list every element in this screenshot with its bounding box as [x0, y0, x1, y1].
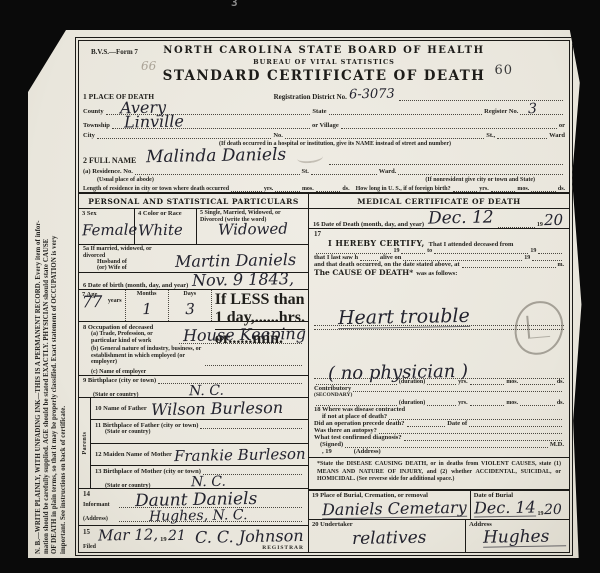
- signed-line: (Signed) M.D.: [314, 441, 564, 448]
- mother-value: Frankie Burleson: [174, 447, 306, 464]
- spouse-labels: 5a If married, widowed, or divorced Husb…: [83, 245, 175, 271]
- autopsy-line: Was there an autopsy?: [314, 427, 564, 434]
- spouse-value: Martin Daniels: [175, 252, 296, 270]
- city-row: City No. St., Ward (If death occurred in…: [79, 129, 569, 147]
- where-contracted-block: 18 Where was disease contracted if not a…: [314, 406, 564, 420]
- father-birthplace-label: 11 Birthplace of Father (city or town): [95, 422, 198, 429]
- contributory-block: Contributory (SECONDARY) (duration) yrs.: [314, 385, 564, 406]
- burial-year-printed: 19: [537, 511, 543, 517]
- city-st-label: St.,: [486, 132, 495, 139]
- mos-label: mos.: [302, 186, 314, 192]
- marital-value: Widowed: [218, 221, 305, 238]
- where-contracted-line: if not at place of death?: [314, 413, 564, 420]
- registrar-block: C. C. Johnson REGISTRAR: [189, 529, 304, 551]
- burial-date-cell: Date of Burial Dec. 14 19 20: [471, 491, 569, 519]
- margin-line-4: important. See instructions on back of c…: [60, 54, 68, 554]
- yrs-label: yrs.: [264, 186, 274, 192]
- birthplace-row: 9 Birthplace (city or town) (State or co…: [79, 376, 308, 398]
- dotted-line: [205, 362, 302, 366]
- village-label: or Village: [312, 122, 339, 129]
- occupation-industry-line: (b) General nature of industry, business…: [83, 346, 304, 366]
- dotted-line: [491, 188, 516, 192]
- death-occurred-label: and that death occurred, on the date sta…: [314, 261, 460, 268]
- photo-background: 3 N. B.—WRITE PLAINLY, WITH UNFADING INK…: [0, 0, 600, 573]
- cause-of-death-bold: The CAUSE OF DEATH*: [314, 268, 413, 277]
- parents-label: Parents: [82, 431, 88, 454]
- father-value: Wilson Burleson: [151, 400, 283, 418]
- mother-birthplace-row: 13 Birthplace of Mother (city or town) (…: [91, 466, 308, 488]
- township-label: Township: [83, 122, 110, 129]
- margin-line-2: mation should be carefully supplied. AGE…: [43, 54, 51, 554]
- village-suffix: or: [559, 122, 565, 129]
- register-no-field: 3: [520, 105, 563, 115]
- age-years-value: 77: [82, 294, 122, 311]
- footnote-text: *State the DISEASE CAUSING DEATH, or in …: [317, 461, 561, 484]
- full-name-row: 2 FULL NAME Malinda Daniels: [79, 147, 569, 165]
- mother-label: 12 Maiden Name of Mother: [95, 451, 172, 458]
- informant-address-field: Hughes, N. C.: [119, 512, 302, 522]
- operation-line: Did an operation precede death? Date of: [314, 420, 564, 427]
- age-days-label: Days: [172, 291, 208, 297]
- occupation-trade-label: (a) Trade, Profession, or particular kin…: [91, 331, 177, 344]
- city-no-label: No.: [273, 132, 283, 139]
- residence-label: (a) Residence. No.: [83, 168, 133, 175]
- certify-number: 17: [314, 230, 564, 238]
- burial-place-cell: 19 Place of Burial, Cremation, or remova…: [309, 491, 471, 519]
- informant-field: Daunt Daniels: [119, 498, 302, 508]
- informant-address-label: (Address): [83, 516, 117, 522]
- margin-line-1: N. B.—WRITE PLAINLY, WITH UNFADING INK—T…: [35, 54, 43, 554]
- dotted-line: [497, 135, 547, 139]
- certificate-border: B.V.S.—Form 7 NORTH CAROLINA STATE BOARD…: [78, 40, 570, 553]
- informant-address-value: Hughes, N. C.: [149, 508, 248, 524]
- certificate-number-stamp: 60: [494, 63, 513, 78]
- full-name-label: 2 FULL NAME: [83, 156, 136, 165]
- where-contracted-label: 18 Where was disease contracted: [314, 406, 564, 413]
- age-months-cell: Months 1: [126, 290, 169, 321]
- operation-label: Did an operation precede death?: [314, 420, 405, 427]
- alive-on-label: alive on: [380, 254, 402, 261]
- margin-instructions: N. B.—WRITE PLAINLY, WITH UNFADING INK—T…: [35, 54, 68, 554]
- medical-title: MEDICAL CERTIFICATE OF DEATH: [309, 194, 569, 209]
- personal-title: PERSONAL AND STATISTICAL PARTICULARS: [79, 194, 308, 209]
- filed-number: 15: [83, 528, 96, 536]
- registration-district-label: Registration District No.: [274, 93, 347, 101]
- cause-label-line: The CAUSE OF DEATH* was as follows:: [314, 268, 564, 277]
- filed-label: Filed: [83, 544, 96, 550]
- medical-column: MEDICAL CERTIFICATE OF DEATH 16 Date of …: [309, 194, 569, 552]
- birthplace-sub-line: (State or country) N. C.: [83, 384, 304, 398]
- occupation-employer-label: (c) Name of employer: [91, 369, 304, 375]
- signed-label: (Signed): [320, 441, 343, 448]
- last-saw-label: that I last saw h: [314, 254, 358, 261]
- mother-row: 12 Maiden Name of Mother Frankie Burleso…: [91, 444, 308, 466]
- marital-cell: 5 Single, Married, Widowed, or Divorced …: [197, 209, 308, 244]
- age-days-cell: Days 3: [169, 290, 212, 321]
- burial-place-value: Daniels Cemetary: [322, 500, 467, 520]
- certificate-columns: PERSONAL AND STATISTICAL PARTICULARS 3 S…: [79, 194, 569, 552]
- registrar-signature: C. C. Johnson: [189, 528, 304, 546]
- township-field: Linville: [112, 119, 310, 129]
- informant-label: Informant: [83, 502, 117, 508]
- age-months-label: Months: [129, 291, 165, 297]
- undertaker-address-value: Hughes: [483, 528, 566, 547]
- state-label: State: [312, 108, 326, 115]
- footnote-block: *State the DISEASE CAUSING DEATH, or in …: [309, 458, 569, 490]
- contributory-label: Contributory: [314, 385, 351, 392]
- sex-value: Female: [82, 223, 131, 239]
- film-edge-mark: 3: [231, 0, 238, 9]
- cause-value-1: Heart trouble: [338, 307, 470, 329]
- residence-row: (a) Residence. No. St. Ward. (Usual plac…: [79, 165, 569, 183]
- dob-label: 6 Date of birth (month, day, and year): [83, 282, 188, 289]
- burial-year-value: 20: [544, 503, 562, 517]
- ds-label: ds.: [558, 186, 565, 192]
- certificate-header: B.V.S.—Form 7 NORTH CAROLINA STATE BOARD…: [79, 41, 569, 89]
- spouse-label: 5a If married, widowed, or divorced: [83, 246, 175, 259]
- city-note-line: (If death occurred in a hospital or inst…: [79, 139, 569, 147]
- dotted-line: [311, 171, 377, 175]
- dob-value: Nov. 9 1843,: [192, 271, 294, 289]
- mother-birthplace-label: 13 Birthplace of Mother (city or town): [95, 468, 201, 475]
- age-less-cell: If LESS than 1 day,......hrs. or......mi…: [212, 290, 308, 321]
- test-label: What test confirmed diagnosis?: [314, 434, 402, 441]
- faint-pencil-mark: [296, 151, 323, 165]
- birthplace-value: N. C.: [188, 384, 223, 399]
- father-bp-line: 11 Birthplace of Father (city or town): [95, 422, 304, 429]
- dotted-line: [158, 380, 302, 384]
- filed-row: 15 Filed Mar 12, 19 21 C. C. Johnson REG…: [79, 526, 308, 553]
- mother-bp-sub-line: (State or country) N. C.: [95, 475, 304, 489]
- full-name-value: Malinda Daniels: [146, 147, 286, 166]
- dod-year-printed: 19: [537, 222, 543, 228]
- certify-rest: That I attended deceased from: [429, 241, 514, 248]
- board-title: NORTH CAROLINA STATE BOARD OF HEALTH: [79, 41, 569, 56]
- parents-block: Parents 10 Name of Father Wilson Burleso…: [79, 398, 308, 488]
- township-row: Township Linville or Village or: [79, 115, 569, 129]
- occupation-trade-line: (a) Trade, Profession, or particular kin…: [83, 331, 304, 344]
- burial-date-value: Dec. 14: [474, 499, 536, 517]
- dotted-line: [353, 388, 562, 392]
- occupation-row: 8 Occupation of deceased (a) Trade, Prof…: [79, 322, 308, 376]
- city-ward-label: Ward: [549, 132, 565, 139]
- dotted-line: [97, 135, 271, 139]
- dotted-line: [498, 224, 535, 228]
- township-value: Linville: [124, 113, 184, 130]
- father-row: 10 Name of Father Wilson Burleson: [91, 398, 308, 420]
- length-of-residence-label: Length of residence in city or town wher…: [83, 186, 229, 192]
- occupation-trade-field: House Keeping: [179, 334, 302, 344]
- dotted-line: [531, 188, 556, 192]
- filed-labels: 15 Filed: [83, 528, 96, 550]
- dotted-line: [231, 188, 262, 192]
- operation-date-label: Date of: [447, 420, 467, 427]
- parents-rows: 10 Name of Father Wilson Burleson 11 Bir…: [91, 398, 308, 488]
- color-label: 4 Color or Race: [138, 210, 193, 217]
- occupation-trade-value: House Keeping: [183, 326, 306, 344]
- father-birthplace-row: 11 Birthplace of Father (city or town) (…: [91, 420, 308, 444]
- register-no-label: Register No.: [484, 108, 518, 115]
- certify-line: I HEREBY CERTIFY, That I attended deceas…: [314, 238, 564, 248]
- wife-of-label: (or) Wife of: [97, 265, 175, 271]
- ds-label: ds.: [342, 186, 349, 192]
- dotted-line: [316, 188, 341, 192]
- father-label: 10 Name of Father: [95, 405, 147, 412]
- birthplace-label: 9 Birthplace (city or town): [83, 377, 156, 384]
- contributory-sub-label: (SECONDARY): [314, 392, 564, 398]
- contributory-line: Contributory: [314, 385, 564, 392]
- dotted-line: [275, 188, 300, 192]
- filed-year-value: 21: [167, 529, 185, 543]
- certify-block: 17 I HEREBY CERTIFY, That I attended dec…: [309, 229, 569, 458]
- undertaker-row: 20 Undertaker relatives Address Hughes: [309, 520, 569, 552]
- sex-cell: 3 Sex Female: [79, 209, 135, 244]
- mos-label: mos.: [517, 186, 529, 192]
- color-value: White: [138, 223, 193, 239]
- registration-district-value: 6-3073: [349, 88, 395, 102]
- register-no-value: 3: [528, 102, 537, 116]
- residence-ward-label: Ward.: [379, 168, 397, 175]
- age-cell: 7 Age years 77: [79, 290, 126, 321]
- county-label: County: [83, 108, 104, 115]
- how-long-us-label: How long in U. S., if of foreign birth?: [356, 186, 451, 192]
- undertaker-cell: 20 Undertaker relatives: [309, 520, 466, 552]
- death-occurred-line: and that death occurred, on the date sta…: [314, 261, 564, 268]
- personal-column: PERSONAL AND STATISTICAL PARTICULARS 3 S…: [79, 194, 309, 552]
- dotted-line: [200, 425, 302, 429]
- age-days-value: 3: [172, 302, 208, 318]
- pencil-note: 66: [141, 59, 156, 73]
- autopsy-label: Was there an autopsy?: [314, 427, 377, 434]
- burial-date-line: Dec. 14 19 20: [474, 500, 566, 517]
- dotted-line: [398, 171, 563, 175]
- dotted-line: [285, 135, 484, 139]
- md-label: M.D.: [550, 441, 564, 448]
- filed-year-printed: 19: [160, 536, 167, 543]
- sex-label: 3 Sex: [82, 210, 131, 217]
- filed-date-value: Mar 12,: [98, 527, 158, 543]
- residence-length-row: Length of residence in city or town wher…: [79, 183, 569, 194]
- undertaker-value: relatives: [352, 529, 462, 548]
- residence-st-label: St.: [302, 168, 309, 175]
- sex-color-marital-row: 3 Sex Female 4 Color or Race White 5 Sin…: [79, 209, 308, 245]
- dotted-line: [453, 188, 478, 192]
- signed-year-label: , 19: [322, 448, 332, 455]
- yrs-label: yrs.: [479, 186, 489, 192]
- residence-note-line: (Usual place of abode) (If nonresident g…: [79, 175, 569, 183]
- dotted-line: [135, 171, 300, 175]
- certify-bold: I HEREBY CERTIFY,: [328, 238, 425, 248]
- date-of-death-label: 16 Date of Death (month, day, and year): [313, 221, 424, 228]
- father-birthplace-sub: (State or country): [105, 429, 304, 435]
- undertaker-label: 20 Undertaker: [312, 521, 462, 528]
- age-months-value: 1: [128, 302, 164, 318]
- margin-line-3: OF DEATH in plain terms, so that it may …: [51, 54, 59, 554]
- date-of-death-value: Dec. 12: [428, 209, 494, 227]
- certificate-paper: N. B.—WRITE PLAINLY, WITH UNFADING INK—T…: [28, 30, 582, 558]
- informant-row: 14 Informant Daunt Daniels (Address) Hug…: [79, 488, 308, 526]
- age-row: 7 Age years 77 Months 1 Days 3: [79, 290, 308, 322]
- where-contracted-sub: if not at place of death?: [322, 413, 387, 420]
- city-label: City: [83, 132, 95, 139]
- burial-row: 19 Place of Burial, Cremation, or remova…: [309, 490, 569, 520]
- parents-strip: Parents: [79, 398, 91, 488]
- occupation-industry-label: (b) General nature of industry, business…: [91, 346, 203, 366]
- date-of-death-row: 16 Date of Death (month, day, and year) …: [309, 209, 569, 229]
- date-of-birth-row: 6 Date of birth (month, day, and year) N…: [79, 273, 308, 290]
- undertaker-address-cell: Address Hughes: [466, 520, 569, 552]
- last-saw-line: that I last saw h alive on 19: [314, 254, 564, 261]
- color-cell: 4 Color or Race White: [135, 209, 197, 244]
- form-number: B.V.S.—Form 7: [91, 48, 138, 56]
- dod-year-value: 20: [544, 213, 563, 228]
- cause-of-death-rest: was as follows:: [416, 270, 457, 277]
- cause-value-2: ( no physician ): [328, 363, 468, 383]
- informant-line: Informant Daunt Daniels: [83, 498, 304, 508]
- age-less-label-1: If LESS than: [215, 291, 305, 309]
- informant-address-line: (Address) Hughes, N. C.: [83, 512, 304, 522]
- signed-address-line: , 19 (Address): [314, 448, 564, 456]
- mother-birthplace-value: N. C.: [190, 475, 225, 490]
- signed-address-label: (Address): [354, 448, 381, 455]
- test-line: What test confirmed diagnosis?: [314, 434, 564, 441]
